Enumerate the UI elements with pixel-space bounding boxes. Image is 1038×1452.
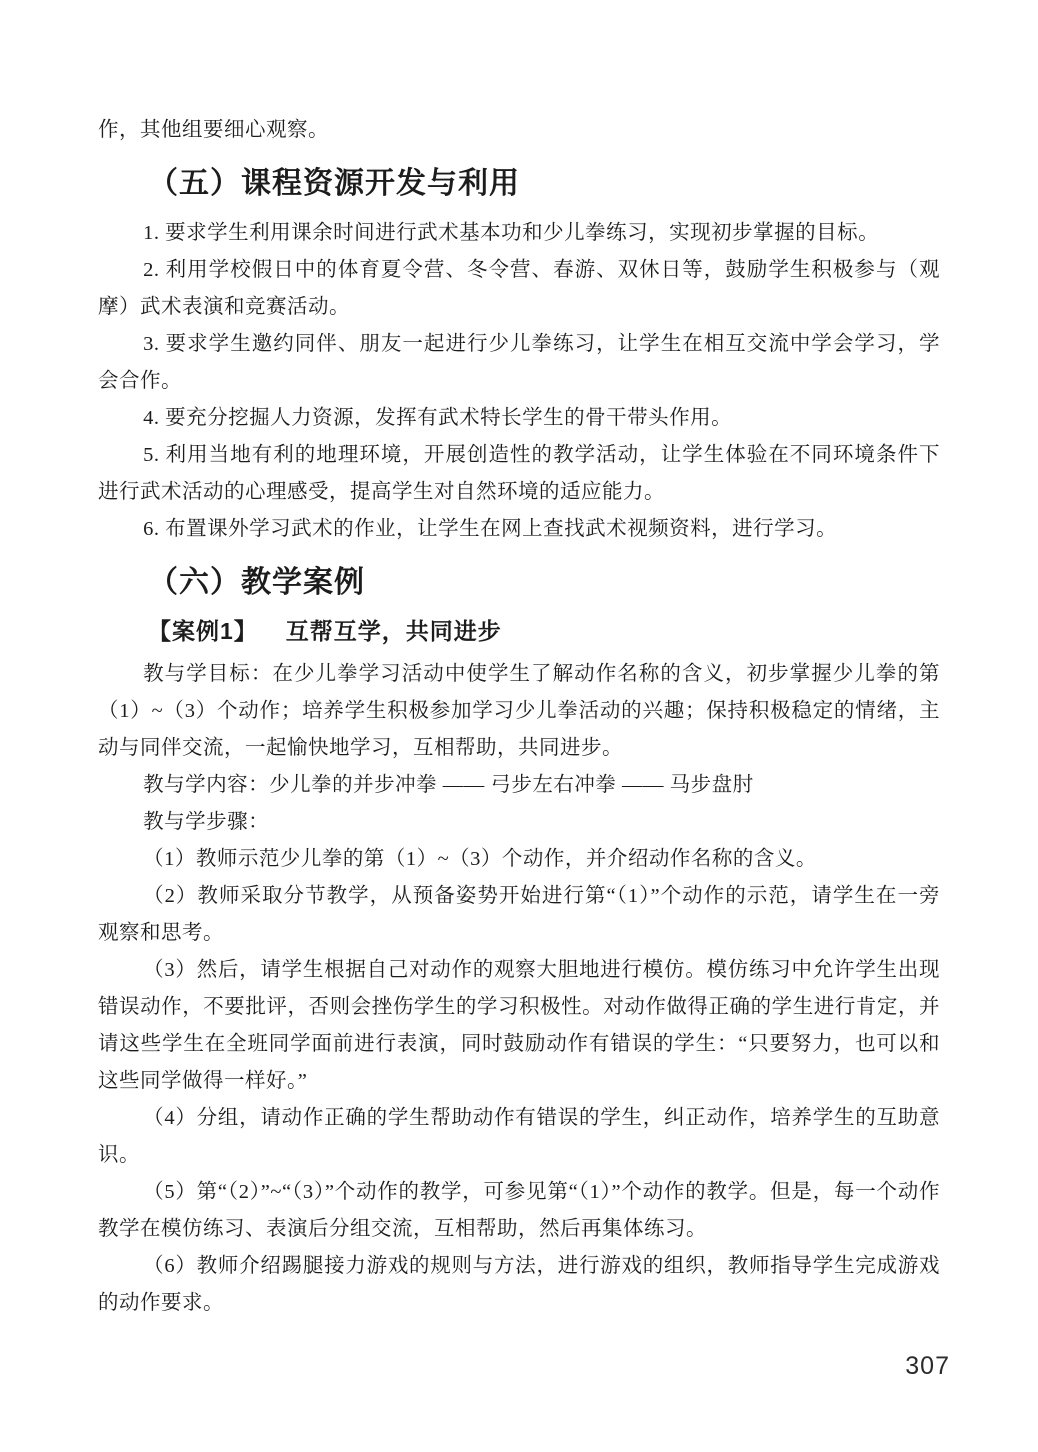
page-content: 作，其他组要细心观察。 （五）课程资源开发与利用 1. 要求学生利用课余时间进行… <box>98 112 940 1322</box>
case-1-goals-paragraph: 教与学目标：在少儿拳学习活动中使学生了解动作名称的含义，初步掌握少儿拳的第（1）… <box>98 656 940 767</box>
section-6-heading: （六）教学案例 <box>98 562 940 604</box>
case-1-step-3: （3）然后，请学生根据自己对动作的观察大胆地进行模仿。模仿练习中允许学生出现错误… <box>98 952 940 1100</box>
case-1-step-1: （1）教师示范少儿拳的第（1）~（3）个动作，并介绍动作名称的含义。 <box>98 841 940 878</box>
section-5-item-1: 1. 要求学生利用课余时间进行武术基本功和少儿拳练习，实现初步掌握的目标。 <box>98 215 940 252</box>
case-1-step-4: （4）分组，请动作正确的学生帮助动作有错误的学生，纠正动作，培养学生的互助意识。 <box>98 1100 940 1174</box>
section-5-item-3: 3. 要求学生邀约同伴、朋友一起进行少儿拳练习，让学生在相互交流中学会学习，学会… <box>98 326 940 400</box>
book-page: 作，其他组要细心观察。 （五）课程资源开发与利用 1. 要求学生利用课余时间进行… <box>0 0 1038 1452</box>
case-1-heading: 【案例1】互帮互学，共同进步 <box>98 614 940 648</box>
section-5-item-4: 4. 要充分挖掘人力资源，发挥有武术特长学生的骨干带头作用。 <box>98 400 940 437</box>
section-5-item-5: 5. 利用当地有利的地理环境，开展创造性的教学活动，让学生体验在不同环境条件下进… <box>98 437 940 511</box>
case-1-step-6: （6）教师介绍踢腿接力游戏的规则与方法，进行游戏的组织，教师指导学生完成游戏的动… <box>98 1248 940 1322</box>
case-1-label: 【案例1】 <box>148 618 258 644</box>
case-1-content-paragraph: 教与学内容：少儿拳的并步冲拳 —— 弓步左右冲拳 —— 马步盘肘 <box>98 767 940 804</box>
carryover-paragraph: 作，其他组要细心观察。 <box>98 112 940 149</box>
section-5-heading: （五）课程资源开发与利用 <box>98 163 940 205</box>
case-1-title: 互帮互学，共同进步 <box>286 618 502 644</box>
section-5-item-6: 6. 布置课外学习武术的作业，让学生在网上查找武术视频资料，进行学习。 <box>98 511 940 548</box>
case-1-step-2: （2）教师采取分节教学，从预备姿势开始进行第“（1）”个动作的示范，请学生在一旁… <box>98 878 940 952</box>
section-5-item-2: 2. 利用学校假日中的体育夏令营、冬令营、春游、双休日等，鼓励学生积极参与（观摩… <box>98 252 940 326</box>
case-1-step-5: （5）第“（2）”~“（3）”个动作的教学，可参见第“（1）”个动作的教学。但是… <box>98 1174 940 1248</box>
case-1-steps-label-paragraph: 教与学步骤： <box>98 804 940 841</box>
page-number: 307 <box>905 1352 950 1381</box>
